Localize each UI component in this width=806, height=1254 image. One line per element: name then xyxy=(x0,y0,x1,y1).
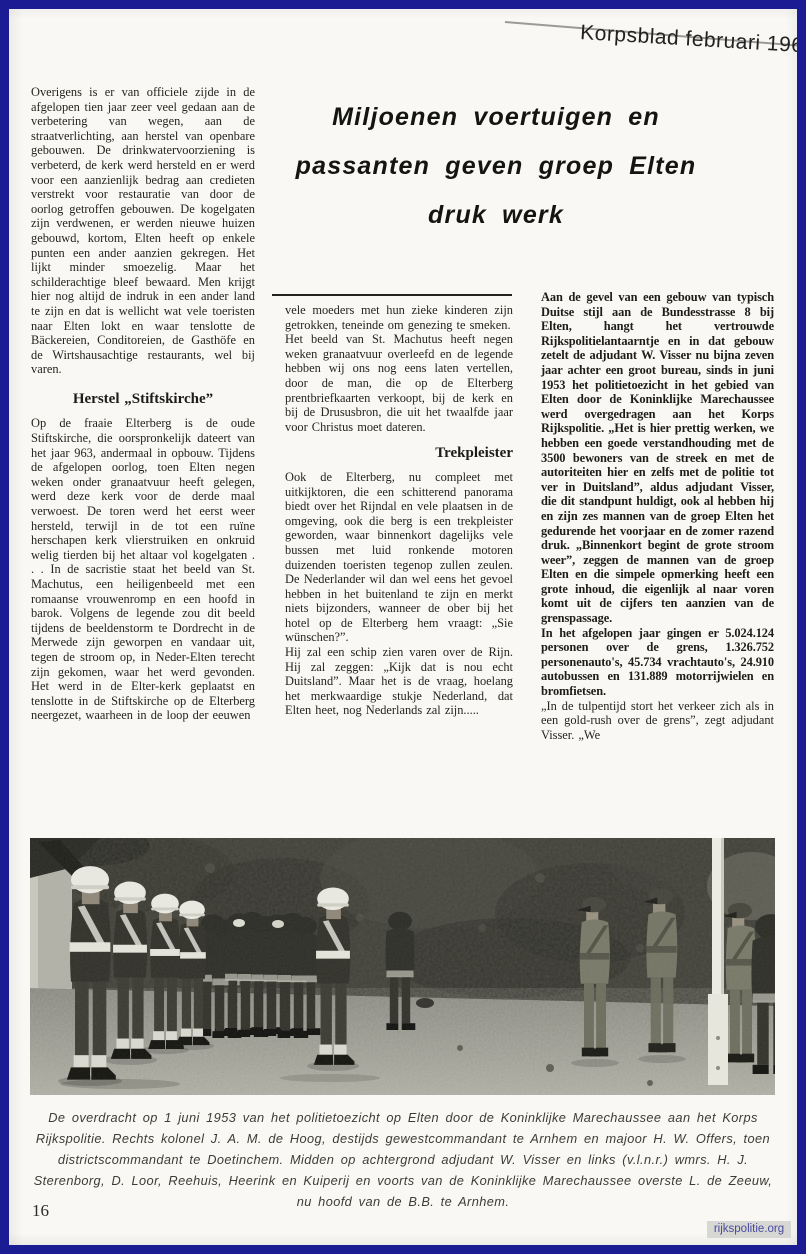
right-column: Aan de gevel van een gebouw van typisch … xyxy=(541,290,774,742)
middle-column: vele moeders met hun zieke kinderen zijn… xyxy=(285,303,513,718)
headline-line-2: passanten geven groep Elten xyxy=(261,142,731,191)
middle-paragraph-1: vele moeders met hun zieke kinderen zijn… xyxy=(285,303,513,332)
column-rule xyxy=(272,294,512,296)
headline-line-1: Miljoenen voertuigen en xyxy=(261,93,731,142)
section-heading-trekpleister: Trekpleister xyxy=(285,446,513,461)
masthead-title: Korpsblad februari 1960 xyxy=(580,21,797,59)
right-paragraph-2: In het afgelopen jaar gingen er 5.024.12… xyxy=(541,626,774,699)
photo-image xyxy=(30,838,775,1095)
section-heading-stiftskirche: Herstel „Stiftskirche” xyxy=(31,392,255,407)
middle-paragraph-3: Ook de Elterberg, nu compleet met uitkij… xyxy=(285,470,513,645)
article-headline: Miljoenen voertuigen en passanten geven … xyxy=(261,93,731,240)
left-paragraph-2: Op de fraaie Elterberg is de oude Stifts… xyxy=(31,416,255,722)
photo-grain-overlay xyxy=(30,838,775,1095)
photo-figure xyxy=(30,838,775,1095)
page-number: 16 xyxy=(32,1201,49,1221)
headline-line-3: druk werk xyxy=(261,191,731,240)
middle-paragraph-4: Hij zal een schip zien varen over de Rij… xyxy=(285,645,513,718)
middle-paragraph-2: Het beeld van St. Machutus heeft negen w… xyxy=(285,332,513,434)
scanned-page: Korpsblad februari 1960 Miljoenen voertu… xyxy=(0,0,806,1254)
paper-page: Korpsblad februari 1960 Miljoenen voertu… xyxy=(9,9,797,1245)
left-paragraph-1: Overigens is er van officiele zijde in d… xyxy=(31,85,255,377)
right-paragraph-1: Aan de gevel van een gebouw van typisch … xyxy=(541,290,774,626)
photo-caption: De overdracht op 1 juni 1953 van het pol… xyxy=(33,1107,773,1212)
left-column: Overigens is er van officiele zijde in d… xyxy=(31,85,255,723)
right-paragraph-3: „In de tulpentijd stort het verkeer zich… xyxy=(541,699,774,743)
watermark-stamp: rijkspolitie.org xyxy=(707,1221,791,1238)
